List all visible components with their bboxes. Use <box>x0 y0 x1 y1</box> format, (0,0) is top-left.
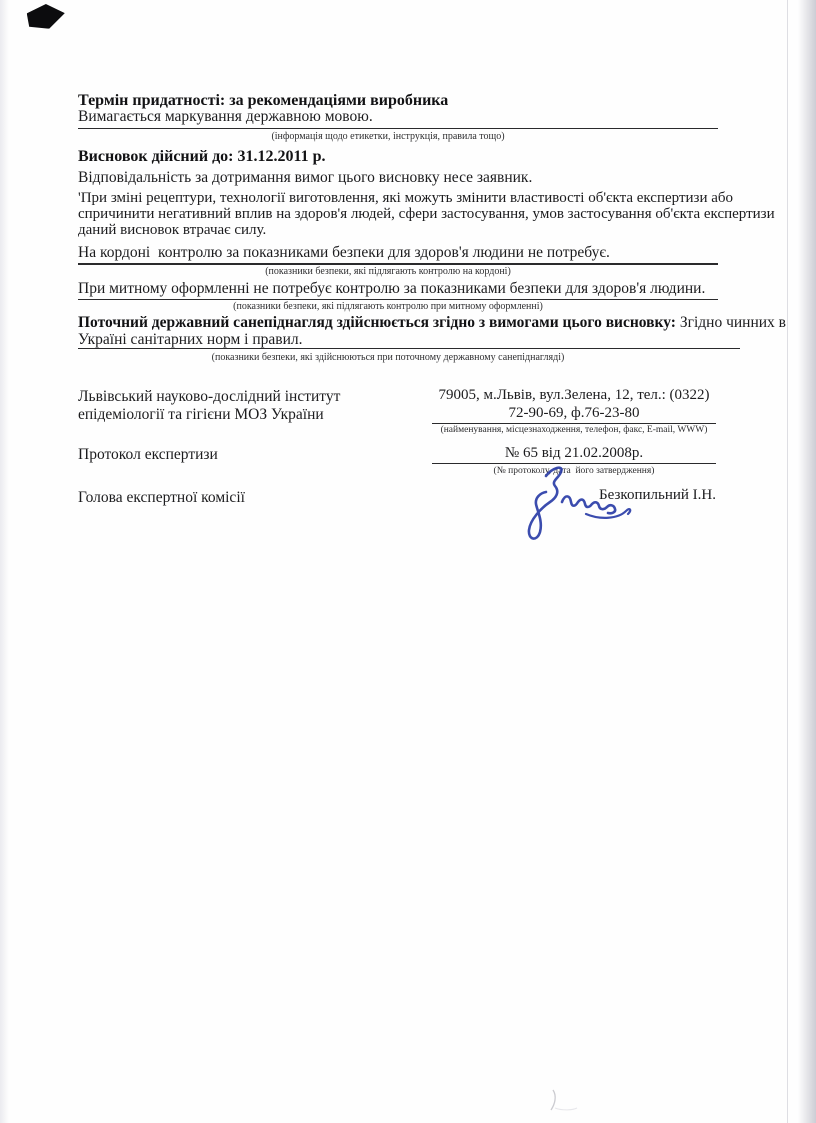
sanepid-caption: (показники безпеки, які здійснюються при… <box>78 352 698 363</box>
scan-edge-shadow-right <box>798 0 816 1123</box>
institute-address-line-1: 79005, м.Львів, вул.Зелена, 12, тел.: (0… <box>432 387 716 405</box>
institute-name: Львівський науково-дослідний інститут еп… <box>78 388 340 424</box>
border-control-field: На кордоні контролю за показниками безпе… <box>78 244 718 265</box>
institute-name-line-1: Львівський науково-дослідний інститут <box>78 388 340 406</box>
customs-statement: При митному оформленні не потребує контр… <box>78 280 705 297</box>
protocol-value: № 65 від 21.02.2008р. <box>505 445 643 461</box>
sanepid-field: Поточний державний санепіднагляд здійсню… <box>78 314 740 349</box>
scan-corner-mark <box>26 3 66 31</box>
institute-address-field: 79005, м.Львів, вул.Зелена, 12, тел.: (0… <box>432 387 716 424</box>
recipe-change-paragraph: 'При зміні рецептури, технології виготов… <box>78 190 775 238</box>
responsibility-statement: Відповідальність за дотримання вимог цьо… <box>78 169 532 187</box>
signature <box>520 462 644 550</box>
scan-line-artifact <box>787 0 788 1123</box>
recipe-change-line-3: даний висновок втрачає силу. <box>78 222 775 238</box>
recipe-change-line-2: спричинити негативний вплив на здоров'я … <box>78 206 775 222</box>
marking-field: Вимагається маркування державною мовою. <box>78 108 718 129</box>
institute-name-line-2: епідеміології та гігієни МОЗ України <box>78 406 340 424</box>
institute-address-line-2: 72-90-69, ф.76-23-80 <box>432 405 716 423</box>
border-control-caption: (показники безпеки, які підлягають контр… <box>78 266 698 277</box>
recipe-change-line-1: 'При зміні рецептури, технології виготов… <box>78 190 775 206</box>
institute-address-caption: (найменування, місцезнаходження, телефон… <box>432 425 716 435</box>
marking-caption: (інформація щодо етикетки, інструкція, п… <box>78 131 698 142</box>
protocol-label: Протокол експертизи <box>78 446 218 464</box>
border-control-statement: На кордоні контролю за показниками безпе… <box>78 244 610 261</box>
commission-label: Голова експертної комісії <box>78 489 245 507</box>
scan-edge-shadow-left <box>0 0 9 1123</box>
marking-statement: Вимагається маркування державною мовою. <box>78 108 373 125</box>
customs-field: При митному оформленні не потребує контр… <box>78 280 718 300</box>
sanepid-note-line1: Згідно чинних в <box>676 314 786 331</box>
sanepid-note-line2: Україні санітарних норм і правил. <box>78 331 740 348</box>
document-page: Термін придатності: за рекомендаціями ви… <box>0 0 816 1123</box>
valid-until-heading: Висновок дійсний до: 31.12.2011 р. <box>78 148 326 166</box>
scan-smudge <box>543 1088 579 1114</box>
customs-caption: (показники безпеки, які підлягають контр… <box>78 301 698 312</box>
sanepid-bold-statement: Поточний державний санепіднагляд здійсню… <box>78 314 676 331</box>
